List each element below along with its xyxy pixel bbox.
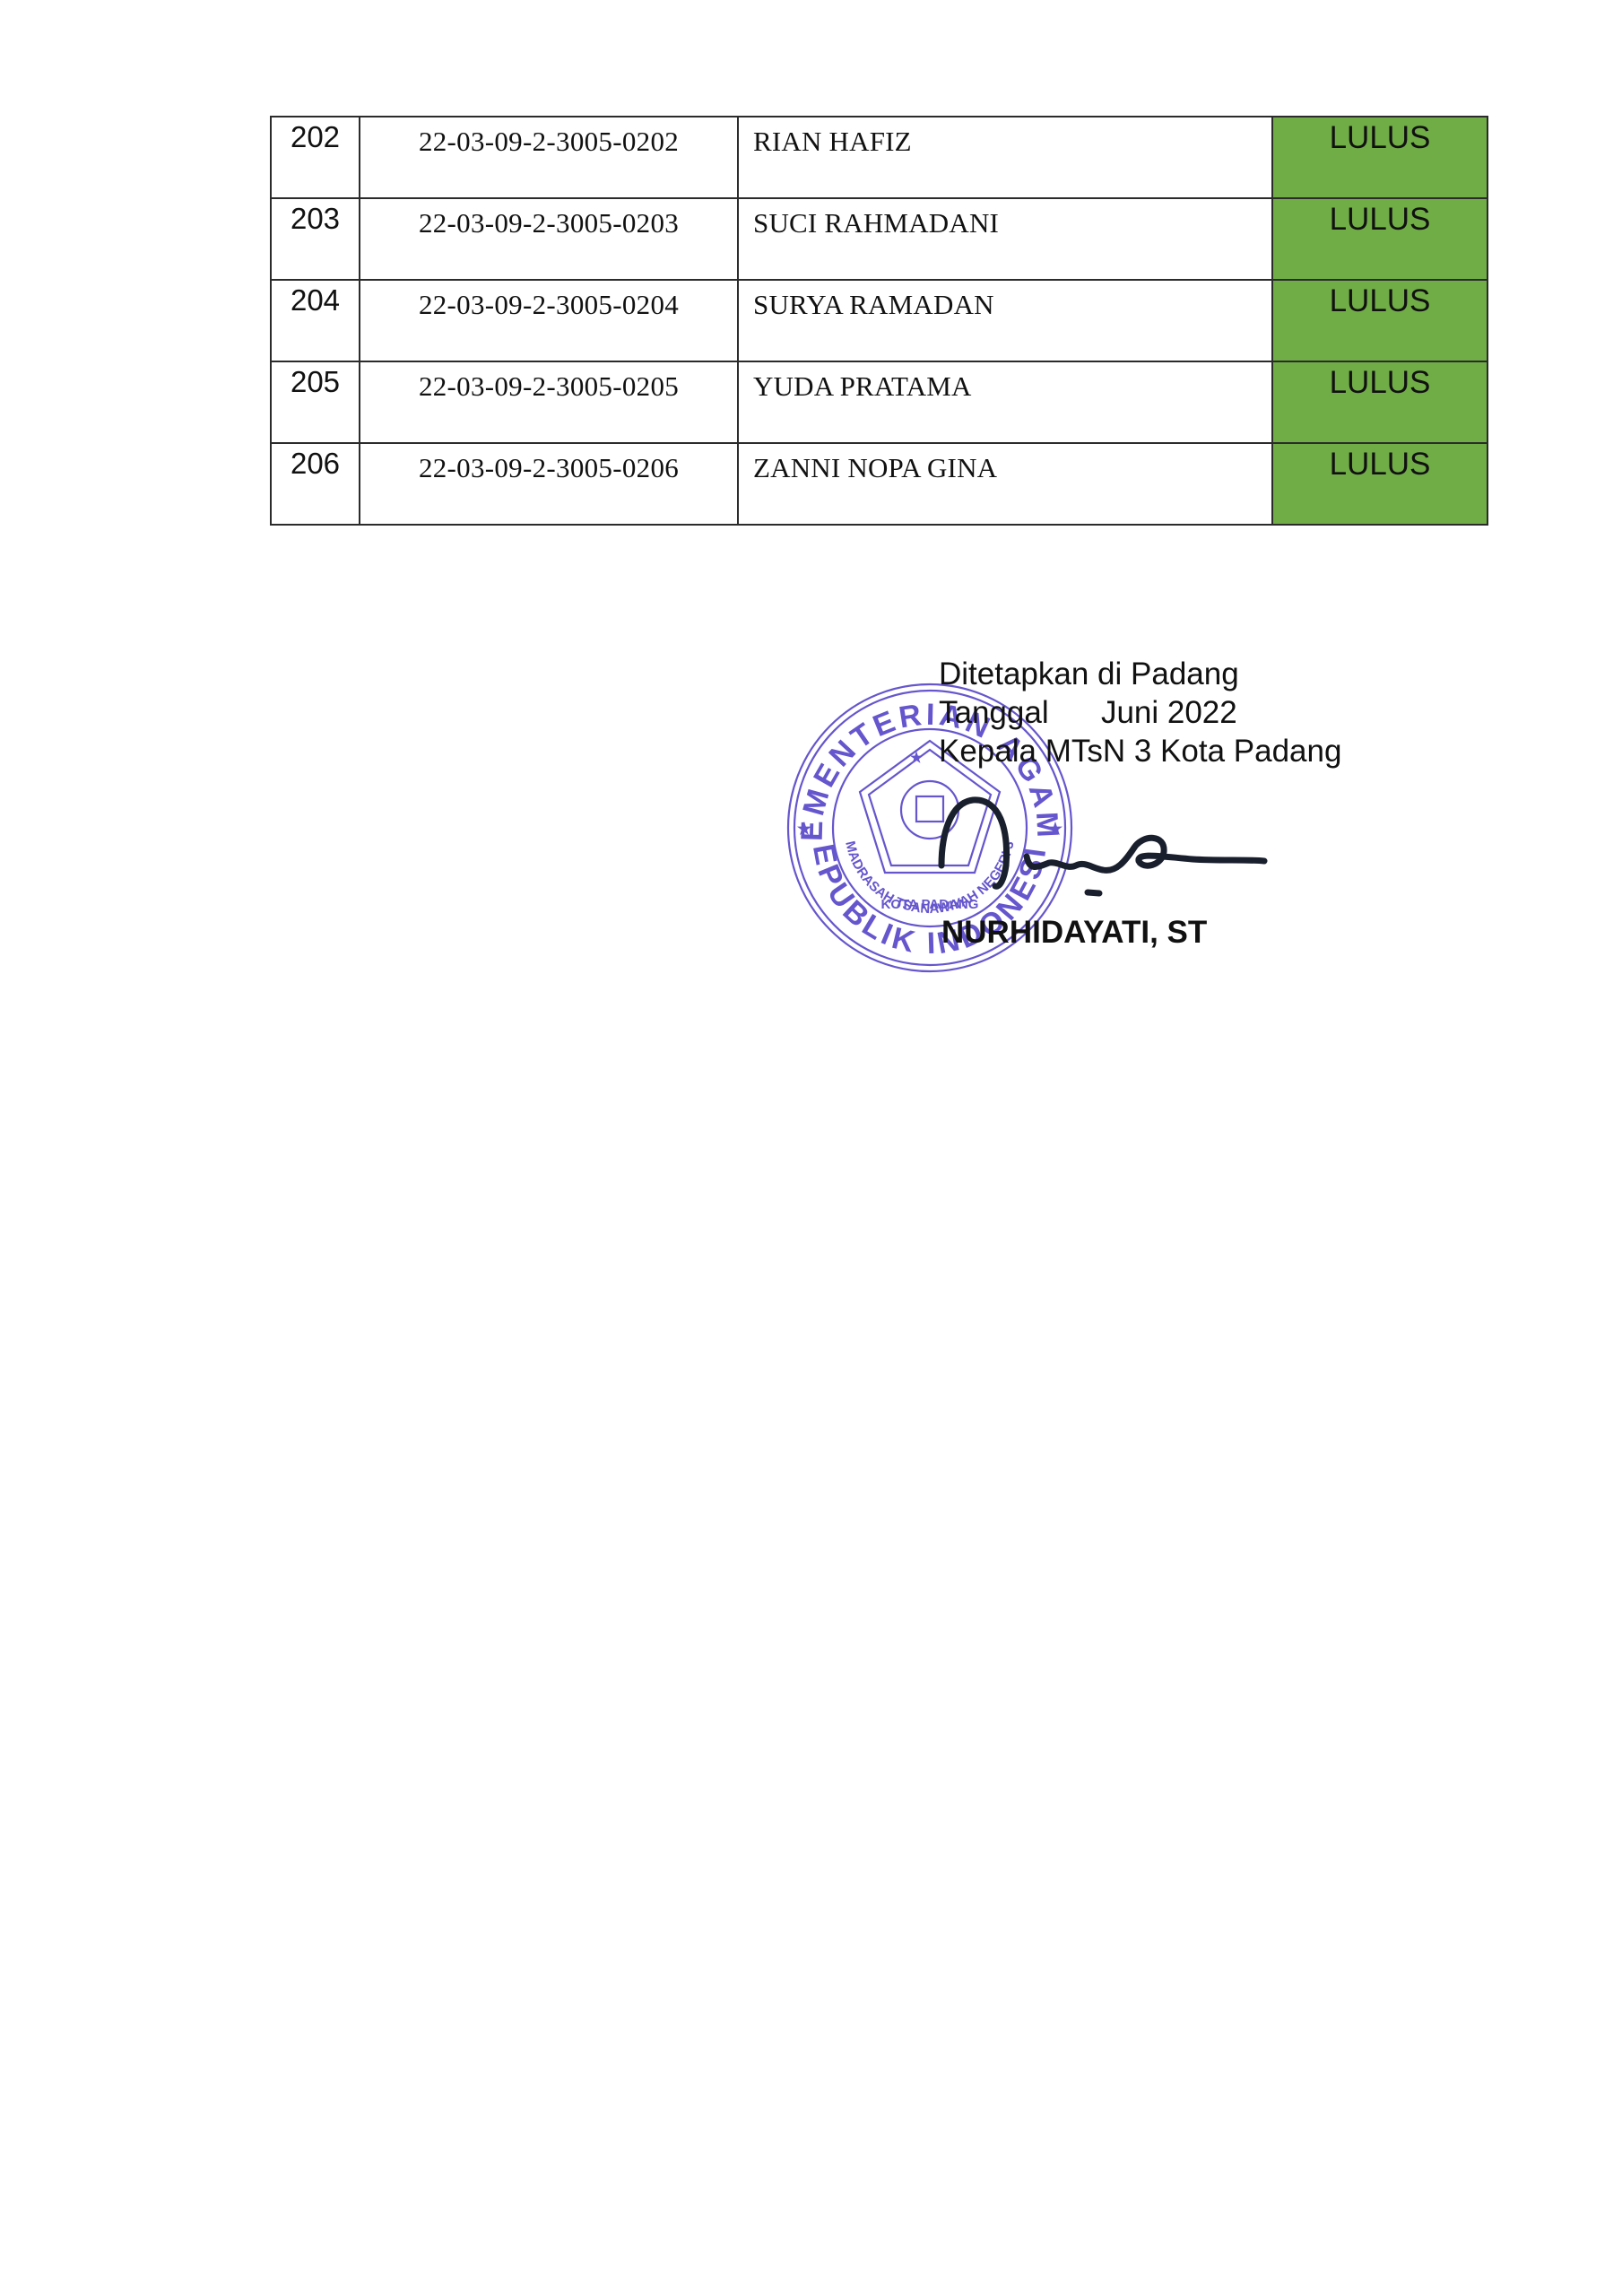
exam-number: 22-03-09-2-3005-0202	[360, 117, 738, 198]
date-line: Tanggal Juni 2022	[939, 693, 1341, 732]
student-name: ZANNI NOPA GINA	[738, 443, 1272, 525]
table-row: 205 22-03-09-2-3005-0205 YUDA PRATAMA LU…	[271, 361, 1488, 443]
handwritten-signature-icon	[924, 780, 1300, 915]
row-number: 203	[271, 198, 360, 280]
exam-number: 22-03-09-2-3005-0204	[360, 280, 738, 361]
signer-name: NURHIDAYATI, ST	[941, 915, 1207, 951]
table-row: 203 22-03-09-2-3005-0203 SUCI RAHMADANI …	[271, 198, 1488, 280]
table-row: 202 22-03-09-2-3005-0202 RIAN HAFIZ LULU…	[271, 117, 1488, 198]
status-badge: LULUS	[1272, 280, 1488, 361]
status-badge: LULUS	[1272, 361, 1488, 443]
position-line: Kepala MTsN 3 Kota Padang	[939, 732, 1341, 770]
row-number: 205	[271, 361, 360, 443]
exam-number: 22-03-09-2-3005-0203	[360, 198, 738, 280]
table-row: 204 22-03-09-2-3005-0204 SURYA RAMADAN L…	[271, 280, 1488, 361]
exam-number: 22-03-09-2-3005-0206	[360, 443, 738, 525]
svg-text:★: ★	[910, 751, 924, 766]
status-badge: LULUS	[1272, 117, 1488, 198]
graduation-results-table: 202 22-03-09-2-3005-0202 RIAN HAFIZ LULU…	[270, 116, 1488, 526]
status-badge: LULUS	[1272, 443, 1488, 525]
row-number: 202	[271, 117, 360, 198]
row-number: 204	[271, 280, 360, 361]
row-number: 206	[271, 443, 360, 525]
student-name: SUCI RAHMADANI	[738, 198, 1272, 280]
student-name: RIAN HAFIZ	[738, 117, 1272, 198]
student-name: YUDA PRATAMA	[738, 361, 1272, 443]
status-badge: LULUS	[1272, 198, 1488, 280]
table-row: 206 22-03-09-2-3005-0206 ZANNI NOPA GINA…	[271, 443, 1488, 525]
student-name: SURYA RAMADAN	[738, 280, 1272, 361]
svg-text:★: ★	[797, 820, 812, 838]
signature-block: Ditetapkan di Padang Tanggal Juni 2022 K…	[939, 655, 1341, 770]
document-page: 202 22-03-09-2-3005-0202 RIAN HAFIZ LULU…	[0, 0, 1622, 2296]
place-line: Ditetapkan di Padang	[939, 655, 1341, 693]
exam-number: 22-03-09-2-3005-0205	[360, 361, 738, 443]
